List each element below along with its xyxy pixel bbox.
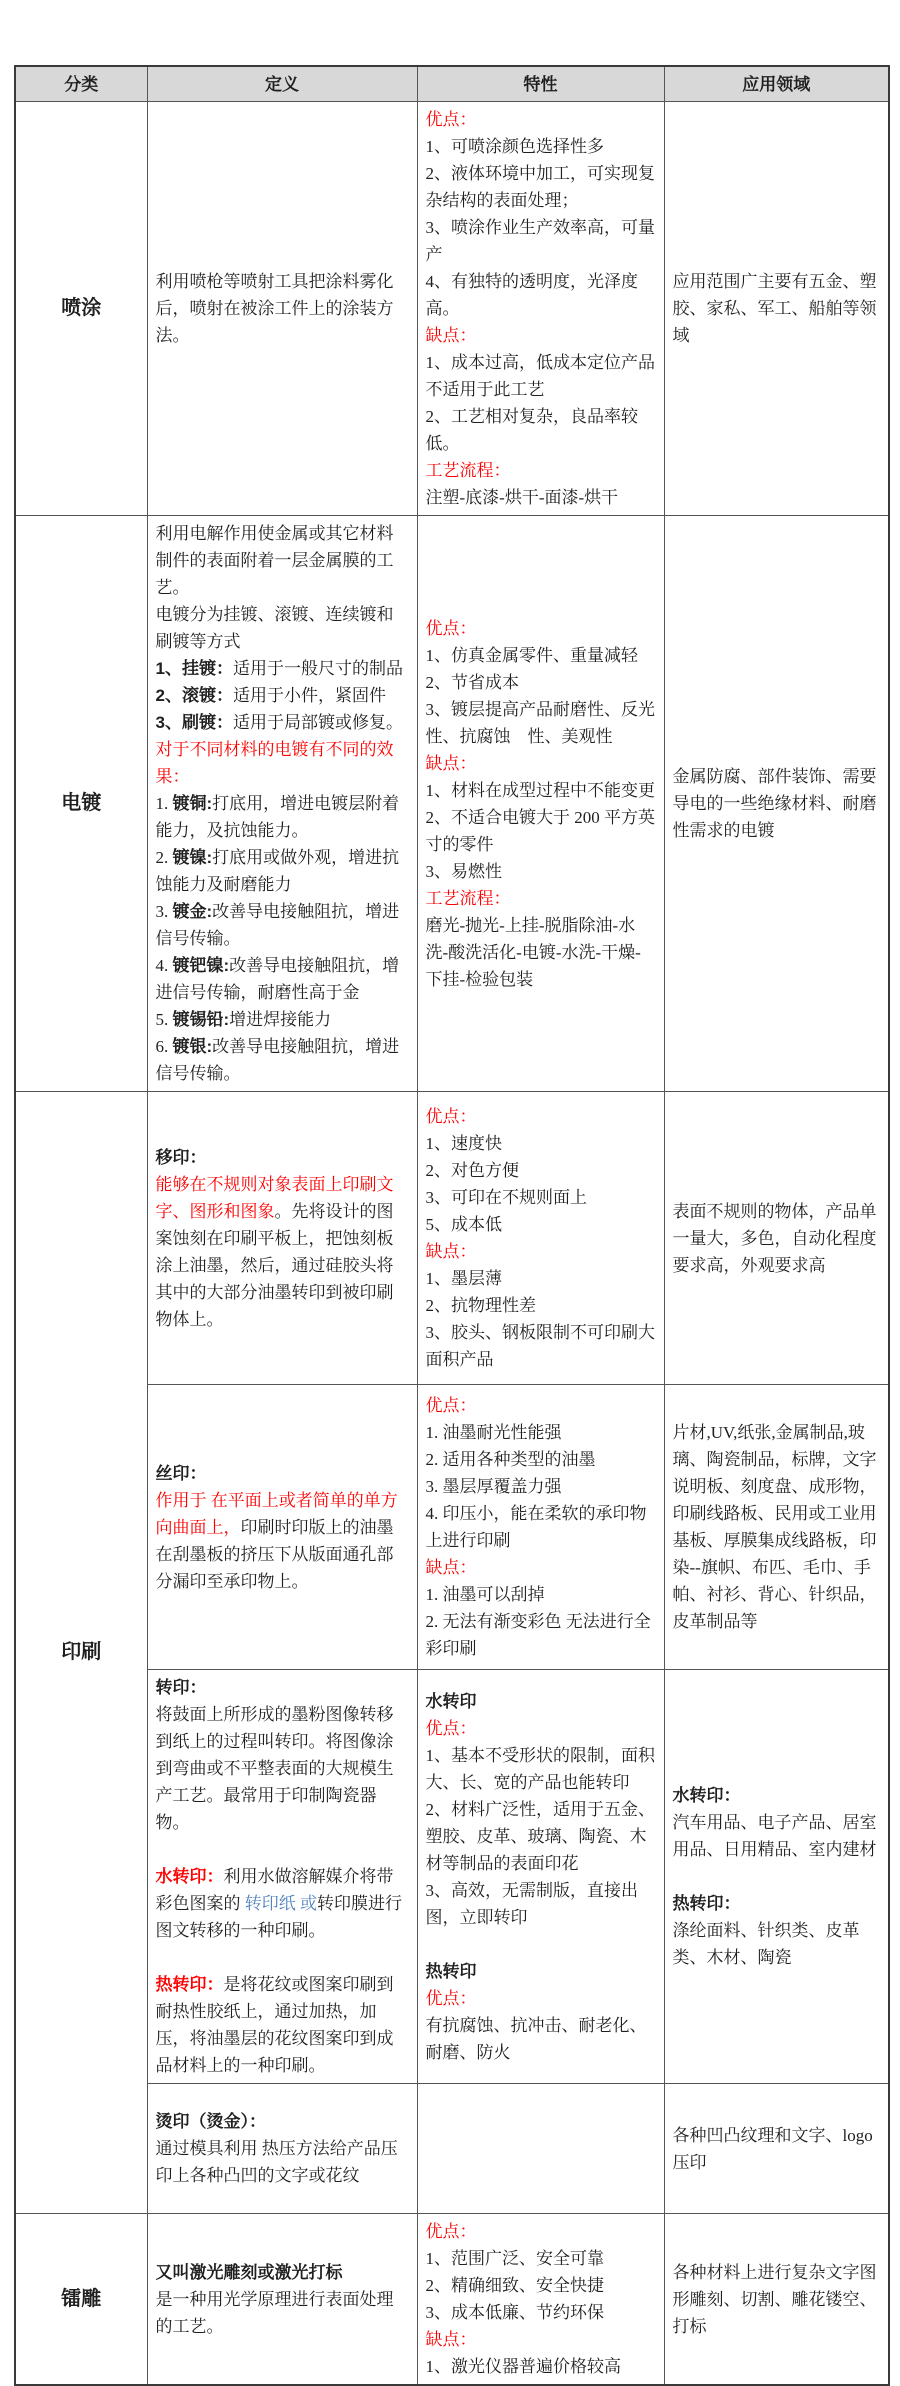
row-plating: 电镀 利用电解作用使金属或其它材料制件的表面附着一层金属膜的工艺。电镀分为挂镀、…: [15, 516, 889, 1092]
header-characteristics: 特性: [417, 66, 664, 102]
cell-laser-characteristics: 优点：1、范围广泛、安全可靠2、精确细致、安全快捷3、成本低廉、节约环保缺点：1…: [417, 2214, 664, 2386]
cell-stamp-characteristics: [417, 2084, 664, 2214]
cell-plating-category: 电镀: [15, 516, 147, 1092]
cell-silk-definition: 丝印：作用于 在平面上或者简单的单方向曲面上，印刷时印版上的油墨在刮墨板的挤压下…: [147, 1385, 417, 1670]
cell-pad-characteristics: 优点：1、速度快2、对色方便3、可印在不规则面上5、成本低缺点：1、墨层薄2、抗…: [417, 1092, 664, 1385]
cell-spray-definition: 利用喷枪等喷射工具把涂料雾化后，喷射在被涂工件上的涂装方法。: [147, 102, 417, 516]
cell-laser-category: 镭雕: [15, 2214, 147, 2386]
cell-pad-definition: 移印：能够在不规则对象表面上印刷文字、图形和图象。先将设计的图案蚀刻在印刷平板上…: [147, 1092, 417, 1385]
cell-plating-definition: 利用电解作用使金属或其它材料制件的表面附着一层金属膜的工艺。电镀分为挂镀、滚镀、…: [147, 516, 417, 1092]
cell-printing-category: 印刷: [15, 1092, 147, 2214]
cell-stamp-definition: 烫印（烫金）：通过模具利用 热压方法给产品压印上各种凸凹的文字或花纹: [147, 2084, 417, 2214]
cell-laser-definition: 又叫激光雕刻或激光打标是一种用光学原理进行表面处理的工艺。: [147, 2214, 417, 2386]
cell-plating-application: 金属防腐、部件装饰、需要导电的一些绝缘材料、耐磨性需求的电镀: [664, 516, 889, 1092]
header-application: 应用领域: [664, 66, 889, 102]
header-category: 分类: [15, 66, 147, 102]
cell-spray-category: 喷涂: [15, 102, 147, 516]
header-definition: 定义: [147, 66, 417, 102]
cell-transfer-characteristics: 水转印优点：1、基本不受形状的限制，面积大、长、宽的产品也能转印2、材料广泛性，…: [417, 1670, 664, 2084]
cell-stamp-application: 各种凹凸纹理和文字、logo 压印: [664, 2084, 889, 2214]
header-row: 分类 定义 特性 应用领域: [15, 66, 889, 102]
row-printing-transfer: 转印：将鼓面上所形成的墨粉图像转移到纸上的过程叫转印。将图像涂到弯曲或不平整表面…: [15, 1670, 889, 2084]
cell-spray-application: 应用范围广主要有五金、塑胶、家私、军工、船舶等领域: [664, 102, 889, 516]
cell-transfer-definition: 转印：将鼓面上所形成的墨粉图像转移到纸上的过程叫转印。将图像涂到弯曲或不平整表面…: [147, 1670, 417, 2084]
cell-laser-application: 各种材料上进行复杂文字图形雕刻、切割、雕花镂空、打标: [664, 2214, 889, 2386]
cell-spray-characteristics: 优点：1、可喷涂颜色选择性多2、液体环境中加工，可实现复杂结构的表面处理；3、喷…: [417, 102, 664, 516]
row-spray: 喷涂 利用喷枪等喷射工具把涂料雾化后，喷射在被涂工件上的涂装方法。 优点：1、可…: [15, 102, 889, 516]
cell-silk-characteristics: 优点：1. 油墨耐光性能强2. 适用各种类型的油墨3. 墨层厚覆盖力强4. 印压…: [417, 1385, 664, 1670]
row-laser: 镭雕 又叫激光雕刻或激光打标是一种用光学原理进行表面处理的工艺。 优点：1、范围…: [15, 2214, 889, 2386]
cell-transfer-application: 水转印：汽车用品、电子产品、居室用品、日用精品、室内建材 热转印：涤纶面料、针织…: [664, 1670, 889, 2084]
row-printing-stamp: 烫印（烫金）：通过模具利用 热压方法给产品压印上各种凸凹的文字或花纹 各种凹凸纹…: [15, 2084, 889, 2214]
row-printing-silk: 丝印：作用于 在平面上或者简单的单方向曲面上，印刷时印版上的油墨在刮墨板的挤压下…: [15, 1385, 889, 1670]
cell-silk-application: 片材,UV,纸张,金属制品,玻璃、陶瓷制品，标牌，文字说明板、刻度盘、成形物，印…: [664, 1385, 889, 1670]
surface-treatment-table: 分类 定义 特性 应用领域 喷涂 利用喷枪等喷射工具把涂料雾化后，喷射在被涂工件…: [14, 65, 890, 2386]
cell-plating-characteristics: 优点：1、仿真金属零件、重量减轻2、节省成本3、镀层提高产品耐磨性、反光性、抗腐…: [417, 516, 664, 1092]
row-printing-pad: 印刷 移印：能够在不规则对象表面上印刷文字、图形和图象。先将设计的图案蚀刻在印刷…: [15, 1092, 889, 1385]
cell-pad-application: 表面不规则的物体，产品单一量大，多色，自动化程度要求高，外观要求高: [664, 1092, 889, 1385]
